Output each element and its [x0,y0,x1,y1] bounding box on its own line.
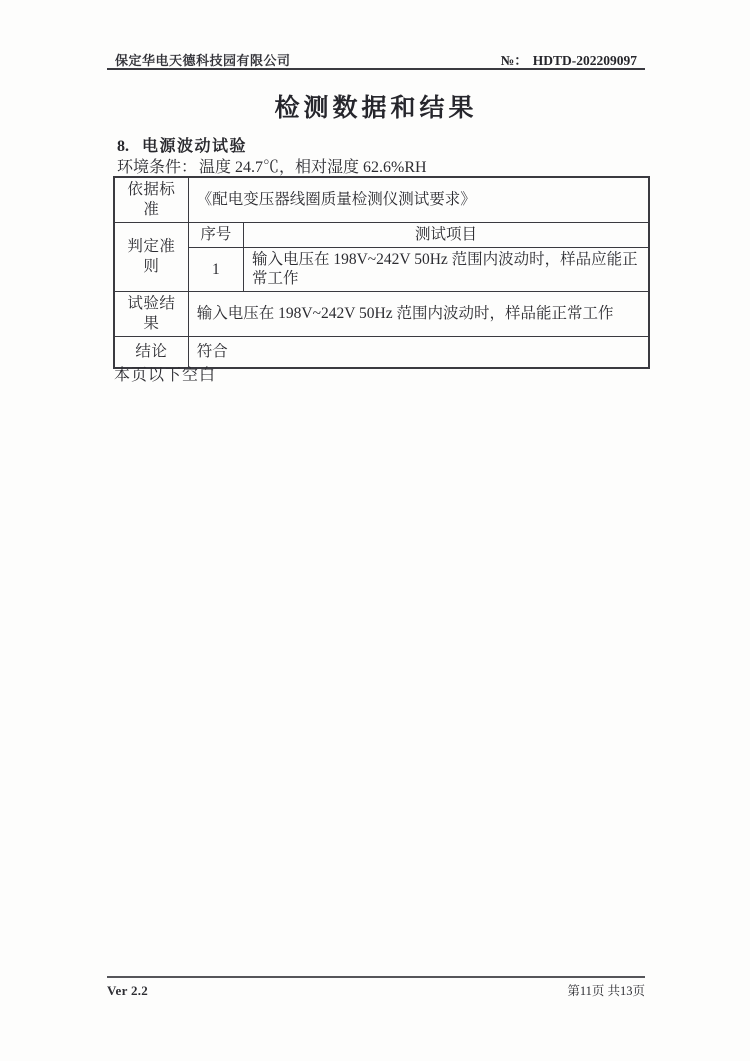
criteria-header-item: 测试项目 [243,222,649,247]
version-label: Ver 2.2 [107,983,148,999]
criteria-item-no: 1 [188,247,243,292]
row-value-standard: 《配电变压器线圈质量检测仪测试要求》 [188,177,649,222]
section-heading: 8.电源波动试验 [117,133,247,156]
row-value-result: 输入电压在 198V~242V 50Hz 范围内波动时，样品能正常工作 [188,292,649,337]
environment-conditions: 环境条件：温度 24.7℃，相对湿度 62.6%RH [117,154,427,177]
table-row-criteria-header: 判定准则 序号 测试项目 [114,222,649,247]
table-row-standard: 依据标准 《配电变压器线圈质量检测仪测试要求》 [114,177,649,222]
doc-number: №：HDTD-202209097 [501,49,637,69]
table-row-criteria-item: 1 输入电压在 198V~242V 50Hz 范围内波动时，样品应能正常工作 [114,247,649,292]
doc-number-value: HDTD-202209097 [533,53,637,68]
doc-number-label: №： [501,53,528,68]
section-number: 8. [117,138,129,155]
page-number: 第11页 共13页 [567,981,645,999]
page-footer: Ver 2.2 第11页 共13页 [107,981,645,999]
environment-label: 环境条件： [117,159,197,176]
header-rule [107,68,645,70]
footer-rule [107,976,645,978]
row-label-result: 试验结果 [114,292,188,337]
company-name: 保定华电天德科技园有限公司 [115,50,291,69]
page-header: 保定华电天德科技园有限公司 №：HDTD-202209097 [115,49,637,69]
criteria-header-no: 序号 [188,222,243,247]
row-label-standard: 依据标准 [114,177,188,222]
criteria-item-text: 输入电压在 198V~242V 50Hz 范围内波动时，样品应能正常工作 [243,247,649,292]
blank-page-note: 本页以下空白 [114,362,216,385]
test-result-table: 依据标准 《配电变压器线圈质量检测仪测试要求》 判定准则 序号 测试项目 1 输… [113,176,650,369]
row-value-conclusion: 符合 [188,336,649,368]
row-label-criteria: 判定准则 [114,222,188,292]
page-title: 检测数据和结果 [107,88,645,124]
environment-value: 温度 24.7℃，相对湿度 62.6%RH [199,159,427,176]
table-row-result: 试验结果 输入电压在 198V~242V 50Hz 范围内波动时，样品能正常工作 [114,292,649,337]
document-page: 保定华电天德科技园有限公司 №：HDTD-202209097 检测数据和结果 8… [0,0,750,1061]
section-name: 电源波动试验 [142,138,247,155]
